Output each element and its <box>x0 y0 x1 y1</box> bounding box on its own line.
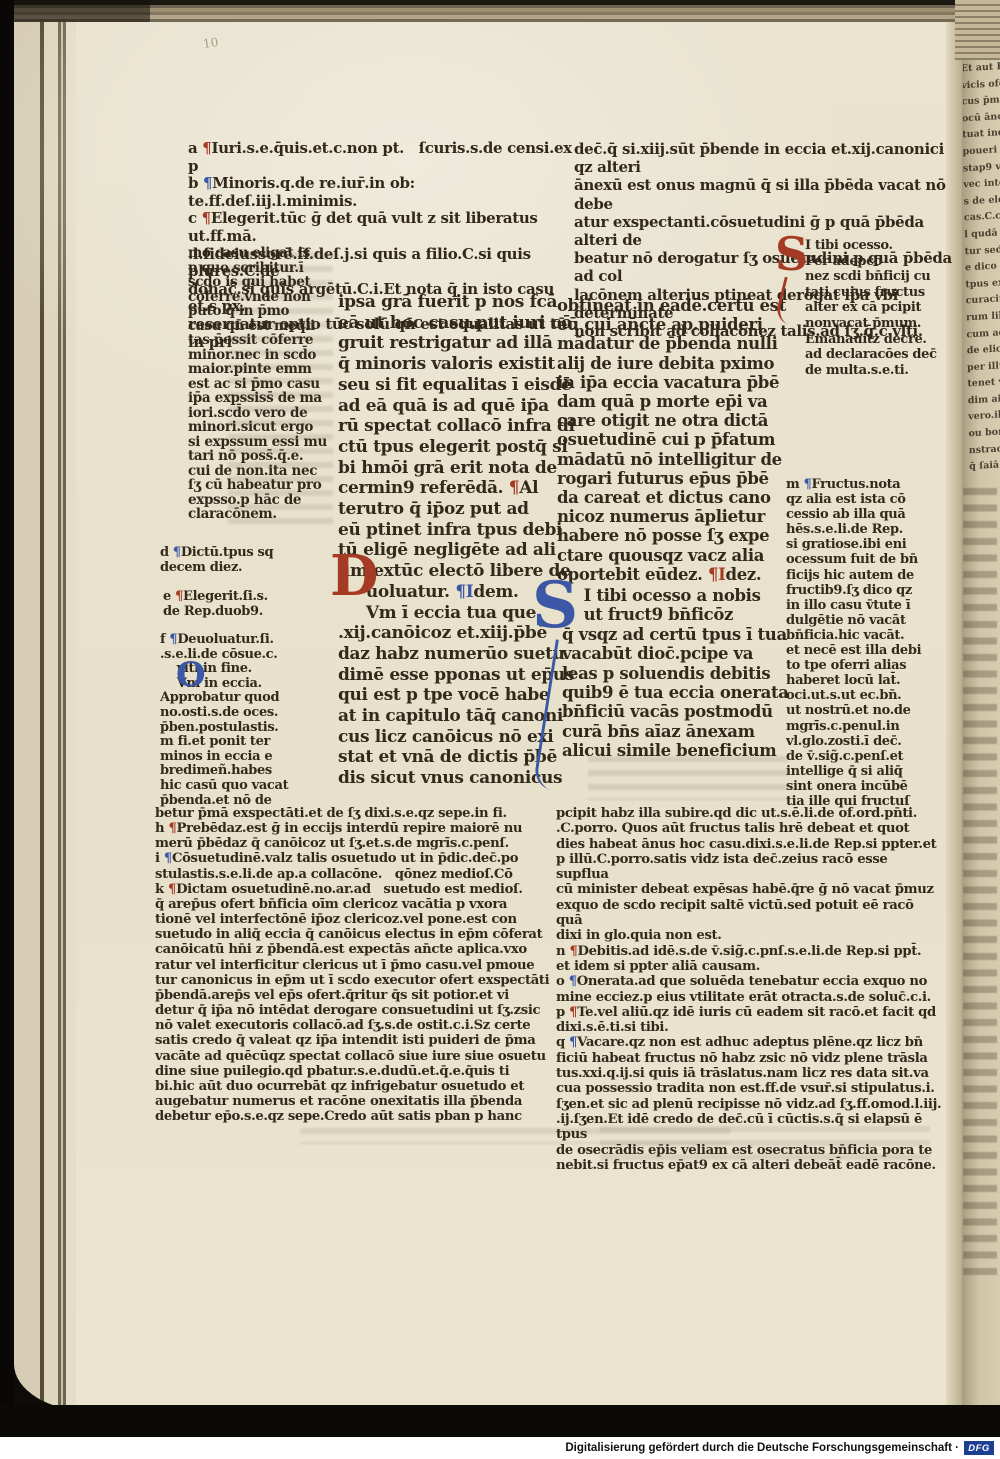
lombard-initial-blue-o: O <box>176 658 206 692</box>
main-text-si-tibi-paragraph: I tibi ocesso a nobis ut fruct9 bn̄ficōz… <box>562 586 806 761</box>
digitized-manuscript-page: 10 a ¶Iuri.s.e.q̄uis.et.c.non pt. ſcuris… <box>0 0 1000 1459</box>
dfg-logo: DFG <box>964 1441 994 1455</box>
adjacent-page-text: Et aut Faci vicis oferat cus p̄m ām ocū … <box>963 58 1000 476</box>
adjacent-page-text-strip: Et aut Faci vicis oferat cus p̄m ām ocū … <box>963 58 1000 1308</box>
adjacent-page-text-faint <box>963 488 997 1278</box>
adjacent-page-corner-stack <box>955 0 1000 60</box>
margin-note-d: d ¶Dictū.tpus sq decem diez. <box>160 545 330 575</box>
digitization-credit-text: Digitalisierung gefördert durch die Deut… <box>565 1442 959 1454</box>
margin-note-fructus: m ¶Fructus.nota qz alia est ista cō cess… <box>786 477 938 809</box>
gloss-si-tibi-concesso: I tibi ocesso. Per adepcō nez scdi bn̄fi… <box>805 238 940 378</box>
lombard-initial-blue-s: S <box>532 574 578 638</box>
commentary-block-bottom-right: pcipit habz illa subire.qd dic ut.s.ē.li… <box>556 806 944 1173</box>
lombard-initial-red-d: D <box>330 548 379 604</box>
ink-bleed-through <box>588 756 788 800</box>
folio-number: 10 <box>202 35 219 51</box>
photo-background-left <box>0 0 14 1437</box>
lombard-initial-red-s: S <box>775 231 808 277</box>
photo-background-bottom <box>0 1405 1000 1437</box>
gloss-column-left-narrow: mo casu eligat is p quo scribitur.ī scd̄… <box>188 246 348 522</box>
digitization-footer: Digitalisierung gefördert durch die Deut… <box>0 1437 1000 1459</box>
main-text-right-column: obtineat in eadē.certū est eū cui an̄cte… <box>557 296 795 584</box>
commentary-block-bottom-left: betur p̄mā exspectāti.et de ſʒ dixi.s.e.… <box>155 806 585 1124</box>
margin-note-e: e ¶Elegerit.ſi.s. de Rep.duob9. <box>163 589 333 619</box>
